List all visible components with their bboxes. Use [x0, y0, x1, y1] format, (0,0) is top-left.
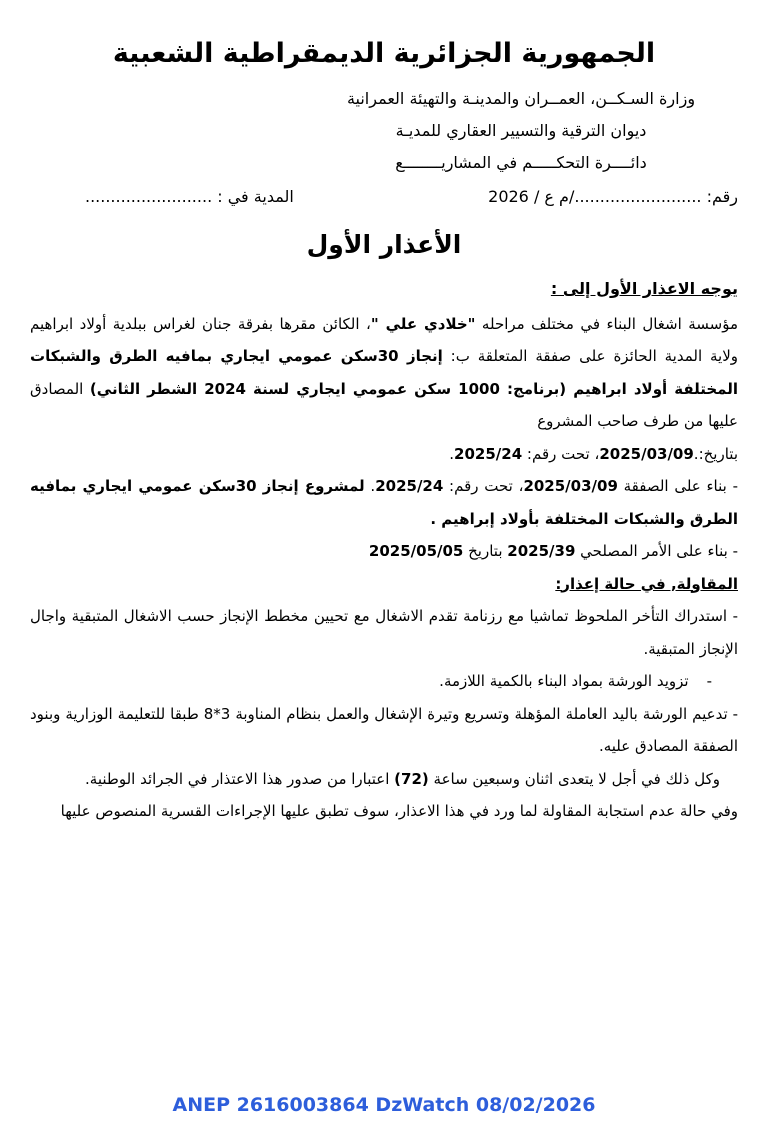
company-name: "خلادي علي " — [371, 315, 476, 333]
bullet-reinforce-workforce: - تدعيم الورشة باليد العاملة المؤهلة وتس… — [30, 698, 738, 763]
ministry-line: وزارة السـكــن، العمــران والمدينـة والت… — [326, 83, 716, 115]
approval-date: 2025/03/09 — [599, 445, 693, 463]
service-order-intro: - بناء على الأمر المصلحي — [575, 542, 738, 560]
document-body: يوجه الاعذار الأول إلى : مؤسسة اشغال الب… — [30, 273, 738, 828]
addressee-heading: يوجه الاعذار الأول إلى : — [30, 273, 738, 306]
place-date: المدية في : ......................... — [85, 187, 294, 206]
number-label: ، تحت رقم: — [522, 445, 599, 463]
company-intro: مؤسسة اشغال البناء في مختلف مراحله — [475, 315, 738, 333]
anep-footer: ANEP 2616003864 DzWatch 08/02/2026 — [0, 1094, 768, 1116]
obligation-heading: المقاولة, في حالة إعذار: — [555, 575, 738, 593]
bullet-supply-materials: -تزويد الورشة بمواد البناء بالكمية اللاز… — [30, 665, 738, 698]
bullet-catchup-delay: - استدراك التأخر الملحوظ تماشيا مع رزنام… — [30, 600, 738, 665]
date-label: بتاريخ:. — [694, 445, 738, 463]
separator: . — [365, 477, 376, 495]
approval-date-line: بتاريخ:.2025/03/09، تحت رقم: 2025/24. — [30, 438, 738, 471]
document-page: الجمهورية الجزائرية الديمقراطية الشعبية … — [0, 0, 768, 1138]
document-title: الأعذار الأول — [30, 230, 738, 259]
org-block: وزارة السـكــن، العمــران والمدينـة والت… — [326, 83, 716, 179]
contract-number: 2025/24 — [375, 477, 443, 495]
service-order-date-label: بتاريخ — [463, 542, 507, 560]
consequence-paragraph: وفي حالة عدم استجابة المقاولة لما ورد في… — [30, 795, 738, 828]
deadline-intro: وكل ذلك في أجل لا يتعدى اثنان وسبعين ساع… — [429, 770, 720, 788]
reference-row: رقم: ........................./م ع / 202… — [30, 187, 738, 206]
contract-date: 2025/03/09 — [523, 477, 617, 495]
office-line: ديوان الترقية والتسيير العقاري للمديـة — [326, 115, 716, 147]
deadline-rest: اعتبارا من صدور هذا الاعتذار في الجرائد … — [85, 770, 394, 788]
contract-number-label: ، تحت رقم: — [443, 477, 523, 495]
republic-title: الجمهورية الجزائرية الديمقراطية الشعبية — [30, 38, 738, 69]
obligation-heading-line: المقاولة, في حالة إعذار: — [30, 568, 738, 601]
deadline-hours: (72) — [394, 770, 429, 788]
contract-intro: - بناء على الصفقة — [618, 477, 738, 495]
deadline-paragraph: وكل ذلك في أجل لا يتعدى اثنان وسبعين ساع… — [30, 763, 738, 796]
department-line: دائــــرة التحكـــــم في المشاريــــــــ… — [326, 147, 716, 179]
contract-paragraph: - بناء على الصفقة 2025/03/09، تحت رقم: 2… — [30, 470, 738, 535]
service-order-date: 2025/05/05 — [369, 542, 463, 560]
reference-number: رقم: ........................./م ع / 202… — [488, 187, 738, 206]
service-order-line: - بناء على الأمر المصلحي 2025/39 بتاريخ … — [30, 535, 738, 568]
bullet-dash: - — [707, 672, 712, 690]
recipient-paragraph: مؤسسة اشغال البناء في مختلف مراحله "خلاد… — [30, 308, 738, 438]
bullet-supply-text: تزويد الورشة بمواد البناء بالكمية اللازم… — [439, 672, 688, 690]
approval-number: 2025/24 — [454, 445, 522, 463]
service-order-number: 2025/39 — [507, 542, 575, 560]
